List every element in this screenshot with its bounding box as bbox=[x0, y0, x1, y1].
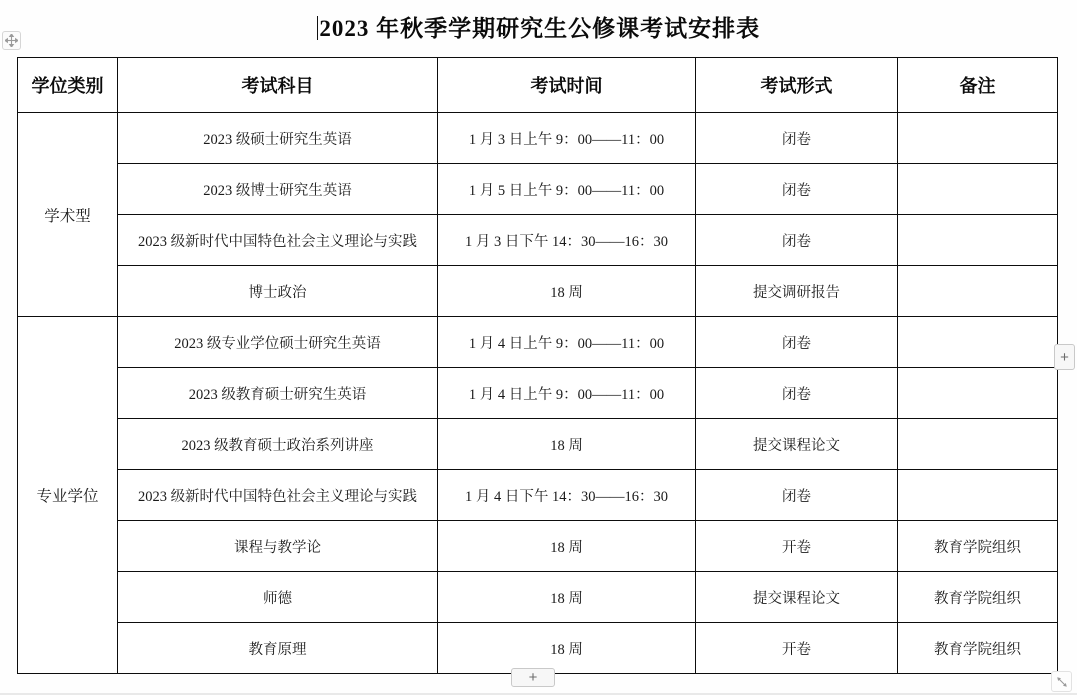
header-degree-category[interactable]: 学位类别 bbox=[18, 58, 118, 113]
table-row: 2023 级新时代中国特色社会主义理论与实践1 月 3 日下午 14：30——1… bbox=[18, 215, 1058, 266]
table-row: 教育原理18 周开卷教育学院组织 bbox=[18, 623, 1058, 674]
exam-subject-cell[interactable]: 博士政治 bbox=[118, 266, 438, 317]
exam-table-body: 学术型2023 级硕士研究生英语1 月 3 日上午 9：00——11：00闭卷2… bbox=[18, 113, 1058, 674]
exam-format-cell[interactable]: 闭卷 bbox=[696, 164, 898, 215]
exam-subject-cell[interactable]: 2023 级教育硕士研究生英语 bbox=[118, 368, 438, 419]
exam-time-cell[interactable]: 18 周 bbox=[438, 623, 696, 674]
table-row: 师德18 周提交课程论文教育学院组织 bbox=[18, 572, 1058, 623]
exam-subject-cell[interactable]: 2023 级硕士研究生英语 bbox=[118, 113, 438, 164]
exam-time-cell[interactable]: 1 月 4 日上午 9：00——11：00 bbox=[438, 368, 696, 419]
exam-subject-cell[interactable]: 2023 级新时代中国特色社会主义理论与实践 bbox=[118, 470, 438, 521]
move-icon bbox=[5, 34, 18, 47]
remark-cell[interactable]: 教育学院组织 bbox=[898, 623, 1058, 674]
header-exam-time[interactable]: 考试时间 bbox=[438, 58, 696, 113]
exam-time-cell[interactable]: 1 月 4 日下午 14：30——16：30 bbox=[438, 470, 696, 521]
table-row: 博士政治18 周提交调研报告 bbox=[18, 266, 1058, 317]
remark-cell[interactable]: 教育学院组织 bbox=[898, 572, 1058, 623]
exam-subject-cell[interactable]: 师德 bbox=[118, 572, 438, 623]
header-remark[interactable]: 备注 bbox=[898, 58, 1058, 113]
exam-format-cell[interactable]: 提交调研报告 bbox=[696, 266, 898, 317]
exam-time-cell[interactable]: 1 月 3 日上午 9：00——11：00 bbox=[438, 113, 696, 164]
remark-cell[interactable] bbox=[898, 215, 1058, 266]
exam-format-cell[interactable]: 提交课程论文 bbox=[696, 419, 898, 470]
page-title-text: 2023 年秋季学期研究生公修课考试安排表 bbox=[319, 16, 760, 41]
resize-icon bbox=[1056, 676, 1068, 688]
exam-format-cell[interactable]: 开卷 bbox=[696, 623, 898, 674]
insert-column-button[interactable]: + bbox=[1054, 344, 1075, 370]
plus-icon: + bbox=[529, 669, 538, 686]
exam-subject-cell[interactable]: 课程与教学论 bbox=[118, 521, 438, 572]
remark-cell[interactable] bbox=[898, 266, 1058, 317]
exam-time-cell[interactable]: 1 月 3 日下午 14：30——16：30 bbox=[438, 215, 696, 266]
exam-format-cell[interactable]: 闭卷 bbox=[696, 470, 898, 521]
exam-subject-cell[interactable]: 2023 级新时代中国特色社会主义理论与实践 bbox=[118, 215, 438, 266]
title-bar: 2023 年秋季学期研究生公修课考试安排表 bbox=[0, 10, 1077, 43]
table-header-row: 学位类别 考试科目 考试时间 考试形式 备注 bbox=[18, 58, 1058, 113]
table-resize-handle[interactable] bbox=[1051, 671, 1072, 692]
document-page: 2023 年秋季学期研究生公修课考试安排表 学位类别 考试科目 考试时间 考试形… bbox=[0, 0, 1077, 695]
exam-subject-cell[interactable]: 2023 级博士研究生英语 bbox=[118, 164, 438, 215]
remark-cell[interactable] bbox=[898, 419, 1058, 470]
remark-cell[interactable] bbox=[898, 368, 1058, 419]
exam-time-cell[interactable]: 18 周 bbox=[438, 521, 696, 572]
header-exam-format[interactable]: 考试形式 bbox=[696, 58, 898, 113]
table-row: 专业学位2023 级专业学位硕士研究生英语1 月 4 日上午 9：00——11：… bbox=[18, 317, 1058, 368]
page-title[interactable]: 2023 年秋季学期研究生公修课考试安排表 bbox=[317, 10, 760, 43]
exam-time-cell[interactable]: 18 周 bbox=[438, 419, 696, 470]
degree-category-cell[interactable]: 专业学位 bbox=[18, 317, 118, 674]
exam-subject-cell[interactable]: 2023 级教育硕士政治系列讲座 bbox=[118, 419, 438, 470]
table-row: 学术型2023 级硕士研究生英语1 月 3 日上午 9：00——11：00闭卷 bbox=[18, 113, 1058, 164]
exam-format-cell[interactable]: 闭卷 bbox=[696, 368, 898, 419]
exam-time-cell[interactable]: 18 周 bbox=[438, 266, 696, 317]
remark-cell[interactable] bbox=[898, 470, 1058, 521]
exam-format-cell[interactable]: 闭卷 bbox=[696, 317, 898, 368]
table-row: 课程与教学论18 周开卷教育学院组织 bbox=[18, 521, 1058, 572]
table-row: 2023 级博士研究生英语1 月 5 日上午 9：00——11：00闭卷 bbox=[18, 164, 1058, 215]
remark-cell[interactable] bbox=[898, 164, 1058, 215]
exam-subject-cell[interactable]: 教育原理 bbox=[118, 623, 438, 674]
exam-time-cell[interactable]: 18 周 bbox=[438, 572, 696, 623]
exam-format-cell[interactable]: 提交课程论文 bbox=[696, 572, 898, 623]
exam-time-cell[interactable]: 1 月 5 日上午 9：00——11：00 bbox=[438, 164, 696, 215]
remark-cell[interactable] bbox=[898, 113, 1058, 164]
degree-category-cell[interactable]: 学术型 bbox=[18, 113, 118, 317]
table-move-handle[interactable] bbox=[2, 31, 21, 50]
exam-schedule-table: 学位类别 考试科目 考试时间 考试形式 备注 学术型2023 级硕士研究生英语1… bbox=[17, 57, 1058, 674]
remark-cell[interactable] bbox=[898, 317, 1058, 368]
exam-subject-cell[interactable]: 2023 级专业学位硕士研究生英语 bbox=[118, 317, 438, 368]
exam-format-cell[interactable]: 开卷 bbox=[696, 521, 898, 572]
plus-icon: + bbox=[1060, 349, 1069, 366]
table-row: 2023 级教育硕士研究生英语1 月 4 日上午 9：00——11：00闭卷 bbox=[18, 368, 1058, 419]
exam-format-cell[interactable]: 闭卷 bbox=[696, 113, 898, 164]
header-exam-subject[interactable]: 考试科目 bbox=[118, 58, 438, 113]
table-row: 2023 级新时代中国特色社会主义理论与实践1 月 4 日下午 14：30——1… bbox=[18, 470, 1058, 521]
exam-format-cell[interactable]: 闭卷 bbox=[696, 215, 898, 266]
table-row: 2023 级教育硕士政治系列讲座18 周提交课程论文 bbox=[18, 419, 1058, 470]
exam-time-cell[interactable]: 1 月 4 日上午 9：00——11：00 bbox=[438, 317, 696, 368]
insert-row-button[interactable]: + bbox=[511, 668, 555, 687]
remark-cell[interactable]: 教育学院组织 bbox=[898, 521, 1058, 572]
